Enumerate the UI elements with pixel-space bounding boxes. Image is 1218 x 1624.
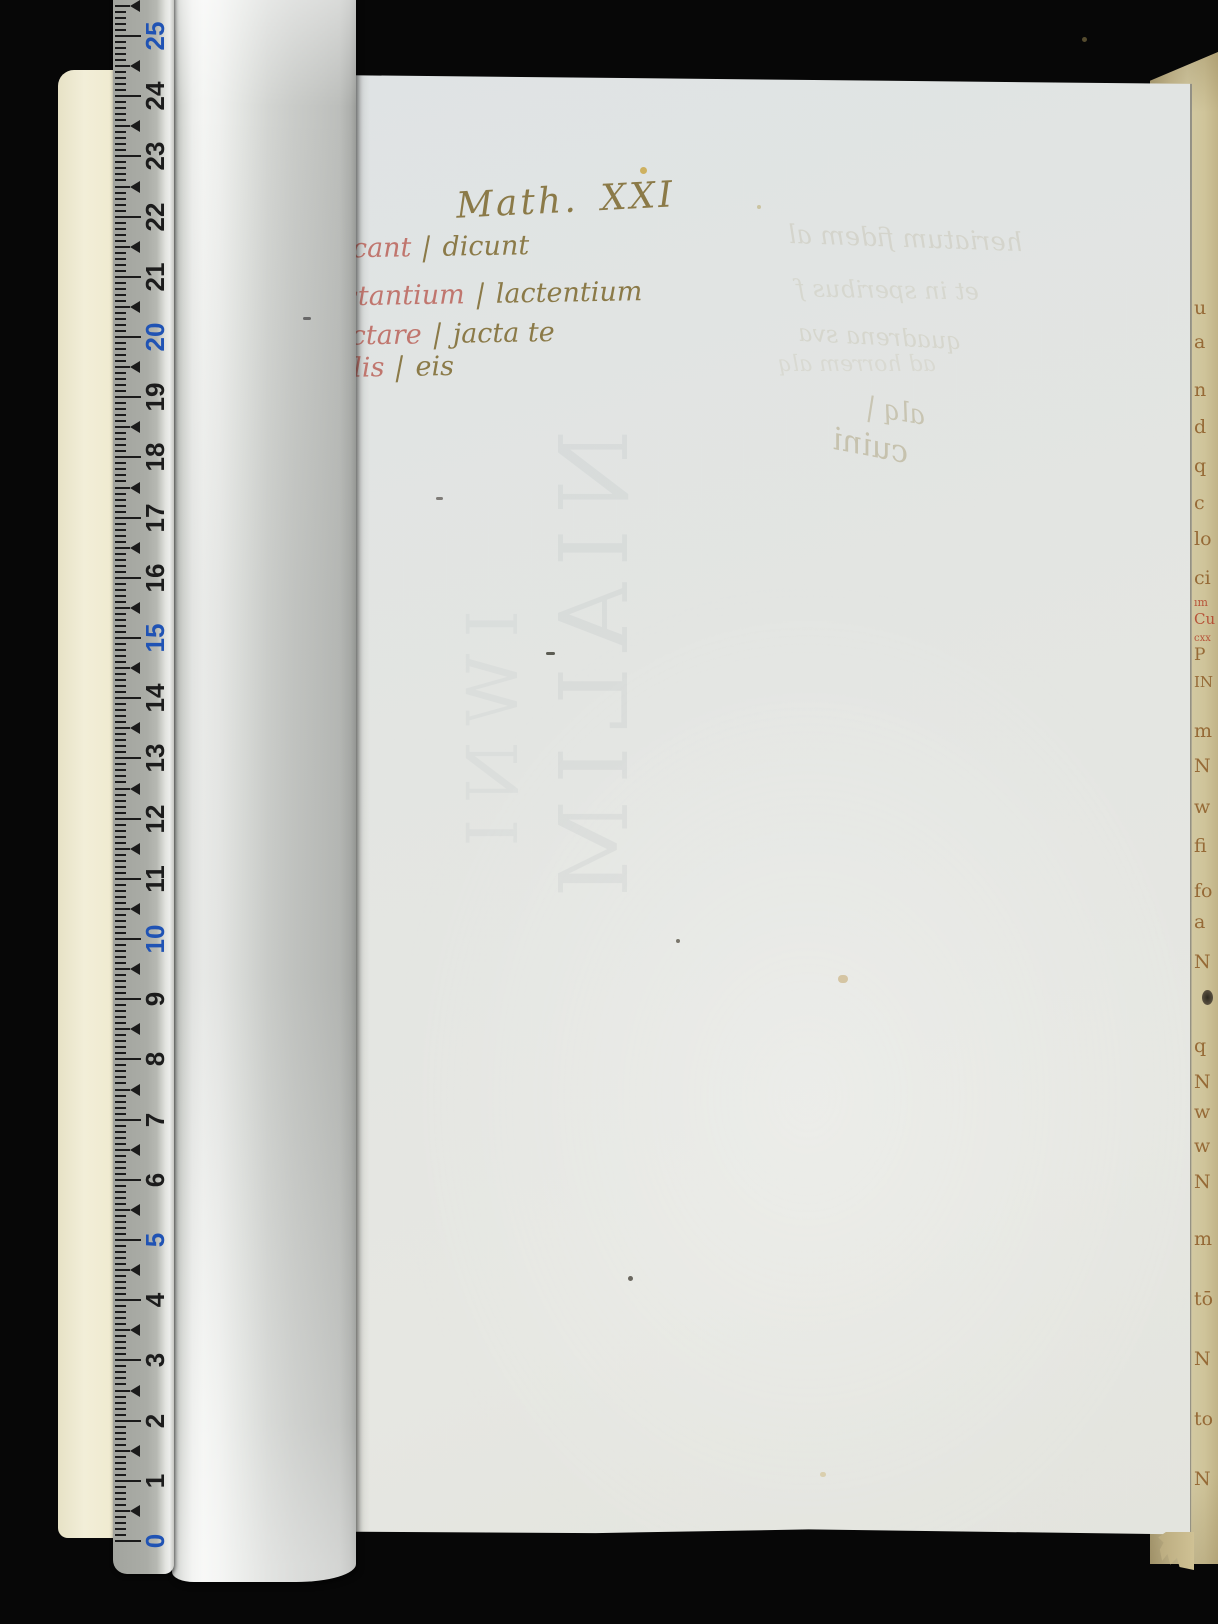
ruler-tick bbox=[115, 192, 126, 194]
ruler-tick bbox=[115, 432, 126, 434]
ruler-tick bbox=[115, 59, 126, 61]
ruler-tick bbox=[115, 1155, 126, 1157]
ruler-tick bbox=[115, 474, 126, 476]
ruler-tick bbox=[115, 23, 126, 25]
ruler-tick bbox=[115, 763, 126, 765]
ruler-tick bbox=[115, 739, 126, 741]
photo-stage: Math. XXI dicant|dicuntlactantium|lacten… bbox=[0, 0, 1218, 1624]
ruler-tick bbox=[115, 974, 126, 976]
parchment-fragment: c bbox=[1194, 492, 1205, 514]
ruler-tick bbox=[115, 125, 130, 127]
ruler-tick bbox=[115, 1197, 126, 1199]
ruler-tick bbox=[115, 276, 141, 278]
parchment-fragment: d bbox=[1194, 416, 1206, 438]
ruler-number: 17 bbox=[140, 501, 170, 535]
ruler-number: 11 bbox=[140, 862, 170, 896]
parchment-fragment: ım bbox=[1194, 596, 1208, 609]
ruler-tick bbox=[115, 505, 126, 507]
ruler-tick bbox=[115, 1209, 130, 1211]
ruler-tick bbox=[115, 53, 126, 55]
ruler-tick bbox=[115, 149, 126, 151]
ruler-tick bbox=[115, 372, 126, 374]
ghost-line: alq | bbox=[864, 392, 928, 432]
ruler-tick bbox=[115, 830, 126, 832]
ruler-halfcm-arrow bbox=[130, 602, 140, 614]
ruler-tick bbox=[115, 619, 126, 621]
ruler-tick bbox=[115, 1010, 126, 1012]
ruler-halfcm-arrow bbox=[130, 1445, 140, 1457]
ruler-tick bbox=[115, 788, 130, 790]
ruler-tick bbox=[115, 854, 126, 856]
paper-roll-weight bbox=[172, 0, 356, 1582]
ruler-tick bbox=[115, 450, 126, 452]
ruler-tick bbox=[115, 1028, 130, 1030]
ruler-tick bbox=[115, 1082, 126, 1084]
ruler-tick bbox=[115, 848, 130, 850]
ruler-number: 21 bbox=[140, 260, 170, 294]
ruler-tick bbox=[115, 1245, 126, 1247]
gloss-separator: | bbox=[419, 232, 434, 263]
parchment-fragment: ci bbox=[1194, 567, 1211, 589]
ruler-tick bbox=[115, 71, 126, 73]
ruler-tick bbox=[115, 553, 126, 555]
ruler-tick bbox=[115, 679, 126, 681]
ruler-tick bbox=[115, 402, 126, 404]
ruler-tick bbox=[115, 41, 126, 43]
gloss-separator: | bbox=[473, 279, 488, 310]
ruler-tick bbox=[115, 354, 126, 356]
ruler-tick bbox=[115, 1305, 126, 1307]
ruler-number: 19 bbox=[140, 380, 170, 414]
ruler-tick bbox=[115, 1311, 126, 1313]
parchment-text-fragments: uandqclociımCucxxPINmNwfifoaNqNwwNmtōNto… bbox=[1192, 0, 1218, 1580]
ruler-tick bbox=[115, 541, 126, 543]
ruler-tick bbox=[115, 926, 126, 928]
ruler-number: 15 bbox=[140, 621, 170, 655]
ruler-tick bbox=[115, 890, 126, 892]
ruler-tick bbox=[115, 818, 141, 820]
ruler-tick bbox=[115, 282, 126, 284]
ruler-tick bbox=[115, 914, 126, 916]
ruler-tick bbox=[115, 992, 126, 994]
ruler-tick bbox=[115, 998, 141, 1000]
ruler-number: 6 bbox=[140, 1163, 170, 1197]
ruler-tick bbox=[115, 29, 126, 31]
ruler-number: 24 bbox=[140, 79, 170, 113]
ruler-tick bbox=[115, 1275, 126, 1277]
ruler-tick bbox=[115, 264, 126, 266]
ruler-tick bbox=[115, 1329, 130, 1331]
ruler-tick bbox=[115, 1269, 130, 1271]
ruler-tick bbox=[115, 511, 126, 513]
ruler-halfcm-arrow bbox=[130, 1505, 140, 1517]
ruler-tick bbox=[115, 414, 126, 416]
ruler-tick bbox=[115, 631, 126, 633]
ruler-tick bbox=[115, 1191, 126, 1193]
ruler-tick bbox=[115, 902, 126, 904]
ruler-halfcm-arrow bbox=[130, 1144, 140, 1156]
ruler-tick bbox=[115, 1528, 126, 1530]
ruler-tick bbox=[115, 824, 126, 826]
ruler-tick bbox=[115, 1377, 126, 1379]
ruler-tick bbox=[115, 571, 126, 573]
ruler-tick bbox=[115, 119, 126, 121]
ruler-tick bbox=[115, 384, 126, 386]
ruler-tick bbox=[115, 1185, 126, 1187]
ruler-tick bbox=[115, 1287, 126, 1289]
gloss-line: iactare|jacta te bbox=[326, 317, 555, 352]
parchment-fragment: to bbox=[1194, 1408, 1213, 1430]
ruler-tick bbox=[115, 101, 126, 103]
ruler-tick bbox=[115, 697, 141, 699]
parchment-fragment: IN bbox=[1194, 673, 1213, 691]
ruler-halfcm-arrow bbox=[130, 963, 140, 975]
ruler-tick bbox=[115, 878, 141, 880]
gloss-word: jacta te bbox=[453, 317, 555, 350]
ruler-tick bbox=[115, 565, 126, 567]
ruler-tick bbox=[115, 986, 126, 988]
ruler-halfcm-arrow bbox=[130, 120, 140, 132]
ruler-number: 23 bbox=[140, 139, 170, 173]
ruler-tick bbox=[115, 167, 126, 169]
gloss-separator: | bbox=[392, 352, 407, 383]
ruler-tick bbox=[115, 757, 141, 759]
ruler-tick bbox=[115, 1251, 126, 1253]
parchment-fragment: lo bbox=[1194, 528, 1212, 550]
ruler-tick bbox=[115, 137, 126, 139]
ruler-tick bbox=[115, 161, 126, 163]
ghost-line: ad horrem alq bbox=[778, 352, 936, 377]
ruler-tick bbox=[115, 806, 126, 808]
ruler-tick bbox=[115, 1462, 126, 1464]
ruler-halfcm-arrow bbox=[130, 1385, 140, 1397]
ruler-halfcm-arrow bbox=[130, 181, 140, 193]
ruler-tick bbox=[115, 396, 141, 398]
ruler-tick bbox=[115, 932, 126, 934]
ruler-tick bbox=[115, 1402, 126, 1404]
wormhole bbox=[1202, 990, 1213, 1005]
ghost-line: cuini bbox=[829, 421, 912, 471]
ruler-tick bbox=[115, 775, 126, 777]
ruler-tick bbox=[115, 577, 141, 579]
ruler-tick bbox=[115, 661, 126, 663]
ruler-tick bbox=[115, 860, 126, 862]
ruler-number: 0 bbox=[140, 1524, 170, 1558]
ruler-tick bbox=[115, 246, 130, 248]
ruler-tick bbox=[115, 1414, 126, 1416]
ruler-tick bbox=[115, 1281, 126, 1283]
parchment-fragment: a bbox=[1194, 911, 1205, 933]
ruler-tick bbox=[115, 1522, 126, 1524]
ruler-tick bbox=[115, 721, 126, 723]
ruler-tick bbox=[115, 1504, 126, 1506]
ruler-tick bbox=[115, 228, 126, 230]
ruler-tick bbox=[115, 258, 126, 260]
ruler-tick bbox=[115, 89, 126, 91]
ruler-tick bbox=[115, 1359, 141, 1361]
ruler-tick bbox=[115, 1137, 126, 1139]
ruler-tick bbox=[115, 1323, 126, 1325]
parchment-fragment: cxx bbox=[1194, 633, 1211, 644]
ruler-tick bbox=[115, 1474, 126, 1476]
parchment-fragment: fo bbox=[1194, 880, 1212, 902]
ruler-tick bbox=[115, 1510, 130, 1512]
ruler-tick bbox=[115, 733, 126, 735]
ruler-tick bbox=[115, 456, 141, 458]
ruler-tick bbox=[115, 288, 126, 290]
ruler-tick bbox=[115, 1076, 126, 1078]
ruler-tick bbox=[115, 487, 130, 489]
ruler-tick bbox=[115, 872, 126, 874]
ghost-column: IWNI bbox=[452, 610, 534, 863]
ruler-halfcm-arrow bbox=[130, 783, 140, 795]
ruler-tick bbox=[115, 306, 130, 308]
ruler-tick bbox=[115, 83, 126, 85]
gloss-line: lactantium|lactentium bbox=[318, 276, 643, 313]
ruler-number: 12 bbox=[140, 802, 170, 836]
ruler-tick bbox=[115, 360, 126, 362]
ruler-tick bbox=[115, 1540, 141, 1542]
ruler-tick bbox=[115, 601, 126, 603]
gloss-word: eis bbox=[415, 351, 454, 383]
ruler-tick bbox=[115, 1420, 141, 1422]
ruler-tick bbox=[115, 956, 126, 958]
ruler-tick bbox=[115, 1239, 141, 1241]
ruler-tick bbox=[115, 938, 141, 940]
ruler-tick bbox=[115, 709, 126, 711]
gloss-line: dicant|dicunt bbox=[326, 230, 530, 265]
ruler-tick bbox=[115, 17, 126, 19]
ruler-tick bbox=[115, 35, 141, 37]
ruler-halfcm-arrow bbox=[130, 301, 140, 313]
parchment-fragment: Cu bbox=[1194, 610, 1215, 628]
ruler-tick bbox=[115, 77, 126, 79]
ruler-tick bbox=[115, 1468, 126, 1470]
ruler-halfcm-arrow bbox=[130, 1204, 140, 1216]
ruler-tick bbox=[115, 1353, 126, 1355]
ruler-tick bbox=[115, 420, 126, 422]
ruler-tick bbox=[115, 1263, 126, 1265]
ruler-tick bbox=[115, 745, 126, 747]
ruler-number: 18 bbox=[140, 440, 170, 474]
parchment-fragment: N bbox=[1194, 951, 1211, 973]
ruler-tick bbox=[115, 1299, 141, 1301]
ruler-tick bbox=[115, 1456, 126, 1458]
ruler-tick bbox=[115, 643, 126, 645]
ruler-number: 4 bbox=[140, 1283, 170, 1317]
ruler-tick bbox=[115, 330, 126, 332]
ruler-tick bbox=[115, 107, 126, 109]
ruler-tick bbox=[115, 944, 126, 946]
ghost-line: et in speribus f bbox=[796, 274, 979, 305]
ruler-number: 22 bbox=[140, 200, 170, 234]
parchment-fragment: n bbox=[1194, 379, 1206, 401]
parchment-fragment: w bbox=[1194, 796, 1210, 818]
ruler-halfcm-arrow bbox=[130, 903, 140, 915]
ruler-tick bbox=[115, 1040, 126, 1042]
ruler-number: 25 bbox=[140, 19, 170, 53]
ruler-tick bbox=[115, 1335, 126, 1337]
ruler-number: 20 bbox=[140, 320, 170, 354]
ruler-tick bbox=[115, 1347, 126, 1349]
ruler-number: 5 bbox=[140, 1223, 170, 1257]
ruler-tick bbox=[115, 794, 126, 796]
ruler-tick bbox=[115, 1293, 126, 1295]
ruler-tick bbox=[115, 408, 126, 410]
ruler-tick bbox=[115, 1131, 126, 1133]
ruler-tick bbox=[115, 1095, 126, 1097]
parchment-fragment: N bbox=[1194, 1071, 1211, 1093]
ruler-tick bbox=[115, 1179, 141, 1181]
ruler-tick bbox=[115, 252, 126, 254]
ruler-tick bbox=[115, 1101, 126, 1103]
ruler-halfcm-arrow bbox=[130, 0, 140, 12]
ruler-tick bbox=[115, 781, 126, 783]
ruler-number: 13 bbox=[140, 741, 170, 775]
ruler-tick bbox=[115, 529, 126, 531]
ruler-tick bbox=[115, 1383, 126, 1385]
ruler-tick bbox=[115, 480, 126, 482]
ruler-tick bbox=[115, 318, 126, 320]
ruler-tick bbox=[115, 1052, 126, 1054]
ruler-tick bbox=[115, 1426, 126, 1428]
ruler-tick bbox=[115, 691, 126, 693]
ruler-number: 1 bbox=[140, 1464, 170, 1498]
ruler-tick bbox=[115, 751, 126, 753]
ruler-halfcm-arrow bbox=[130, 1084, 140, 1096]
ruler-tick bbox=[115, 896, 126, 898]
ruler-tick bbox=[115, 1365, 126, 1367]
ruler-number: 14 bbox=[140, 681, 170, 715]
ruler-tick bbox=[115, 366, 130, 368]
ruler-tick bbox=[115, 769, 126, 771]
ruler-tick bbox=[115, 1227, 126, 1229]
ruler-tick bbox=[115, 1257, 126, 1259]
parchment-fragment: m bbox=[1194, 720, 1212, 742]
ruler-tick bbox=[115, 1149, 130, 1151]
parchment-fragment: u bbox=[1194, 297, 1206, 319]
ruler-tick bbox=[115, 1143, 126, 1145]
ruler-number: 16 bbox=[140, 561, 170, 595]
ruler-number: 8 bbox=[140, 1042, 170, 1076]
ruler-tick bbox=[115, 462, 126, 464]
ruler-tick bbox=[115, 1486, 126, 1488]
ruler-tick bbox=[115, 1016, 126, 1018]
ruler-tick bbox=[115, 727, 130, 729]
ruler-tick bbox=[115, 1167, 126, 1169]
ruler-tick bbox=[115, 1396, 126, 1398]
ruler-tick bbox=[115, 1221, 126, 1223]
ruler-tick bbox=[115, 517, 141, 519]
ruler-halfcm-arrow bbox=[130, 662, 140, 674]
ruler-tick bbox=[115, 234, 126, 236]
ruler-tick bbox=[115, 216, 141, 218]
ruler-tick bbox=[115, 649, 126, 651]
ruler-tick bbox=[115, 920, 126, 922]
ruler-tick bbox=[115, 842, 126, 844]
ruler-tick bbox=[115, 703, 126, 705]
parchment-fragment: P bbox=[1194, 645, 1205, 665]
ruler-tick bbox=[115, 968, 130, 970]
ruler-tick bbox=[115, 113, 126, 115]
ruler-tick bbox=[115, 547, 130, 549]
ruler-tick bbox=[115, 1058, 141, 1060]
ruler-tick bbox=[115, 715, 126, 717]
ruler-tick bbox=[115, 240, 126, 242]
ruler-tick bbox=[115, 1034, 126, 1036]
ruler-tick bbox=[115, 1125, 126, 1127]
ghost-line: quadrena sva bbox=[797, 319, 962, 356]
ruler-tick bbox=[115, 685, 126, 687]
ruler-halfcm-arrow bbox=[130, 60, 140, 72]
ruler-tick bbox=[115, 812, 126, 814]
ruler-tick bbox=[115, 523, 126, 525]
ruler-tick bbox=[115, 210, 126, 212]
ruler-tick bbox=[115, 595, 126, 597]
ruler-halfcm-arrow bbox=[130, 421, 140, 433]
ruler-tick bbox=[115, 1408, 126, 1410]
ruler-tick bbox=[115, 1215, 126, 1217]
ruler-tick bbox=[115, 866, 126, 868]
ruler-tick bbox=[115, 1070, 126, 1072]
parchment-fragment: q bbox=[1194, 1035, 1206, 1057]
ruler-tick bbox=[115, 499, 126, 501]
ruler-tick bbox=[115, 468, 126, 470]
ruler-number: 3 bbox=[140, 1343, 170, 1377]
ruler-halfcm-arrow bbox=[130, 1023, 140, 1035]
ruler-tick bbox=[115, 143, 126, 145]
ruler: 0123456789101112131415161718192021222324… bbox=[113, 0, 174, 1574]
ruler-halfcm-arrow bbox=[130, 1264, 140, 1276]
ruler-tick bbox=[115, 1113, 126, 1115]
parchment-fragment: q bbox=[1194, 455, 1206, 477]
parchment-fragment: tō bbox=[1194, 1288, 1213, 1310]
ruler-tick bbox=[115, 312, 126, 314]
ruler-tick bbox=[115, 667, 130, 669]
ruler-tick bbox=[115, 294, 126, 296]
parchment-fragment: N bbox=[1194, 755, 1211, 777]
ruler-tick bbox=[115, 95, 141, 97]
ruler-tick bbox=[115, 378, 126, 380]
ruler-tick bbox=[115, 637, 141, 639]
ruler-tick bbox=[115, 1004, 126, 1006]
parchment-fragment: fi bbox=[1194, 835, 1207, 857]
ruler-tick bbox=[115, 1432, 126, 1434]
gloss-word: dicunt bbox=[442, 230, 529, 263]
ghost-column: NIALIM bbox=[540, 430, 650, 913]
ruler-halfcm-arrow bbox=[130, 843, 140, 855]
ruler-tick bbox=[115, 1173, 126, 1175]
parchment-fragment: N bbox=[1194, 1468, 1211, 1490]
ruler-tick bbox=[115, 336, 141, 338]
ruler-tick bbox=[115, 1534, 126, 1536]
ruler-tick bbox=[115, 1371, 126, 1373]
ruler-tick bbox=[115, 270, 126, 272]
parchment-fragment: a bbox=[1194, 331, 1205, 353]
ruler-tick bbox=[115, 426, 130, 428]
ruler-tick bbox=[115, 300, 126, 302]
ruler-tick bbox=[115, 155, 141, 157]
ruler-tick bbox=[115, 1390, 130, 1392]
ruler-number: 7 bbox=[140, 1103, 170, 1137]
ruler-tick bbox=[115, 342, 126, 344]
ruler-tick bbox=[115, 444, 126, 446]
ruler-tick bbox=[115, 1161, 126, 1163]
ruler-tick bbox=[115, 1317, 126, 1319]
ruler-tick bbox=[115, 65, 130, 67]
ruler-tick bbox=[115, 438, 126, 440]
ruler-tick bbox=[115, 1516, 126, 1518]
